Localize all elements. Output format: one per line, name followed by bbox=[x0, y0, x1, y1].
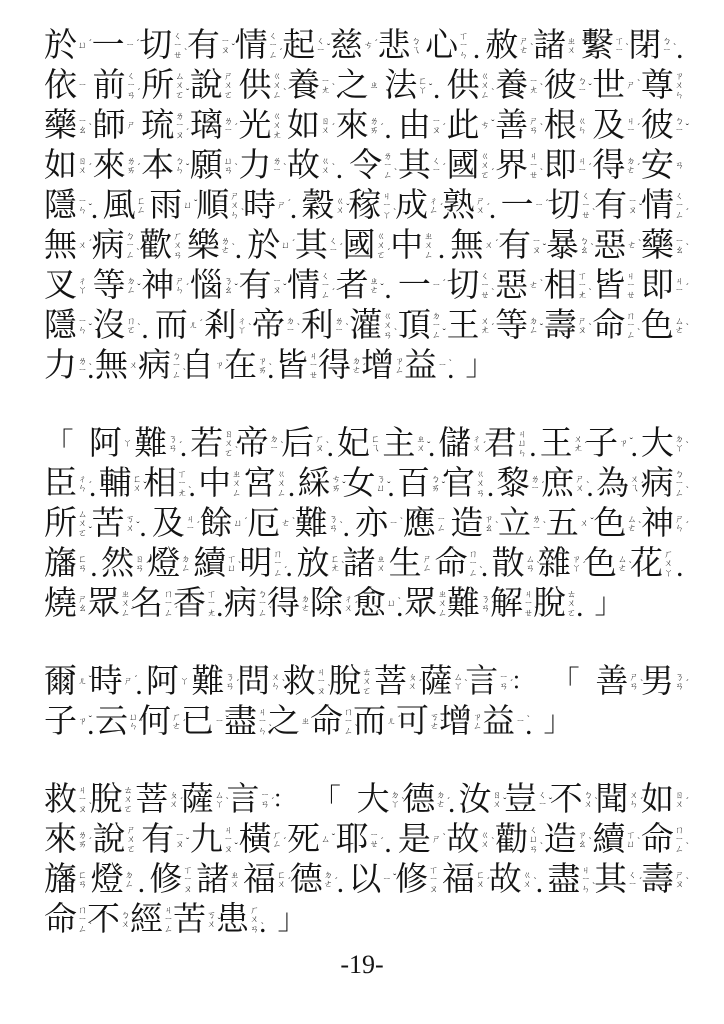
hanzi: 續 bbox=[592, 820, 625, 860]
hanzi: 明 bbox=[239, 544, 272, 584]
hanzi: 穀 bbox=[302, 186, 335, 226]
zhuyin-annotation: ㄙㄜˋ bbox=[675, 317, 684, 336]
zhuyin-letter: ㄥ bbox=[321, 291, 330, 300]
tone-mark: ˋ bbox=[89, 124, 92, 134]
ruby-char: 命ㄇㄧㄥˋ bbox=[44, 900, 87, 940]
zhuyin-letter: ㄥ bbox=[164, 925, 173, 934]
punctuation: 「 bbox=[44, 424, 74, 464]
zhuyin-letter: ㄥ bbox=[344, 727, 353, 736]
tone-mark: ˊ bbox=[419, 680, 422, 690]
zhuyin-letter: ㄧ bbox=[531, 484, 540, 493]
tone-mark: ˋ bbox=[283, 89, 286, 99]
zhuyin-letter: ㄩ bbox=[183, 201, 192, 210]
hanzi: 壽 bbox=[544, 306, 577, 346]
tone-mark: ˋ bbox=[283, 164, 286, 174]
zhuyin-letter: ㄡ bbox=[175, 840, 184, 849]
zhuyin-letter: ㄛ bbox=[480, 171, 489, 180]
zhuyin-letter: ㄛ bbox=[127, 845, 136, 854]
hanzi: 男 bbox=[641, 662, 674, 702]
zhuyin-annotation: ㄧㄡˇ bbox=[175, 831, 184, 850]
zhuyin-annotation: ㄐㄧㄥ bbox=[164, 906, 173, 934]
hanzi: 得 bbox=[267, 584, 300, 624]
zhuyin-letter: ㄣ bbox=[518, 449, 527, 458]
text-line: 叉ㄔㄚ等ㄉㄥˇ神ㄕㄣˊ惱ㄋㄠˇ有ㄧㄡˇ情ㄑㄧㄥˊ者ㄓㄜˇ.一ㄧˊ切ㄑㄧㄝˋ惡ㄜˋ… bbox=[44, 266, 684, 306]
zhuyin-letter: ㄗ bbox=[619, 439, 628, 448]
zhuyin-letter: ㄜ bbox=[675, 326, 684, 335]
zhuyin-letter: ㄡ bbox=[317, 687, 326, 696]
tone-mark: ˋ bbox=[89, 364, 92, 374]
zhuyin-letter: ㄓ bbox=[301, 717, 310, 726]
zhuyin-annotation: ㄦˊ bbox=[387, 717, 396, 726]
hanzi: 有 bbox=[187, 26, 220, 66]
zhuyin-annotation: ㄑㄧˇ bbox=[538, 791, 547, 810]
hanzi: 眾 bbox=[87, 584, 120, 624]
tone-mark: ˊ bbox=[495, 240, 498, 250]
tone-mark: ˇ bbox=[639, 204, 642, 214]
hanzi: 病 bbox=[224, 584, 257, 624]
zhuyin-letter: ㄨ bbox=[336, 206, 345, 215]
hanzi: 於 bbox=[44, 26, 77, 66]
zhuyin-letter: ㄡ bbox=[224, 845, 233, 854]
tone-mark: ˊ bbox=[637, 164, 640, 174]
zhuyin-letter: ㄨ bbox=[230, 880, 239, 889]
tone-mark: ˇ bbox=[186, 89, 189, 99]
zhuyin-annotation: ㄔㄨˊ bbox=[472, 435, 481, 454]
ruby-char: 以ㄧˇ bbox=[348, 860, 391, 900]
hanzi: 眾 bbox=[404, 584, 437, 624]
zhuyin-letter: ㄡ bbox=[432, 126, 441, 135]
hanzi: 灌 bbox=[349, 306, 382, 346]
zhuyin-letter: ㄥ bbox=[424, 251, 433, 260]
ruby-char: 眾ㄓㄨㄥˋ bbox=[404, 584, 447, 624]
zhuyin-letter: ㄠ bbox=[224, 286, 233, 295]
zhuyin-annotation: ㄕˋ bbox=[626, 81, 635, 90]
zhuyin-annotation: ㄙㄚˋ bbox=[215, 791, 224, 810]
ruby-char: 益ㄧˋ bbox=[482, 702, 525, 742]
hanzi: 稼 bbox=[348, 186, 381, 226]
punctuation: . bbox=[676, 32, 684, 66]
text-line: 臣ㄔㄣˊ.輔ㄈㄨˇ相ㄒㄧㄤˋ.中ㄓㄨㄥ宮ㄍㄨㄥ.綵ㄘㄞˇ女ㄋㄩˇ.百ㄅㄞˇ官ㄍㄨ… bbox=[44, 464, 684, 504]
zhuyin-annotation: ㄋㄢˊ bbox=[168, 435, 177, 454]
ruby-char: 大ㄉㄚˋ bbox=[357, 780, 400, 820]
tone-mark: ˇ bbox=[503, 798, 506, 808]
ruby-char: 無ㄨˊ bbox=[44, 226, 87, 266]
punctuation: . bbox=[216, 590, 224, 624]
tone-mark: ˊ bbox=[639, 878, 642, 888]
zhuyin-letter: ㄝ bbox=[529, 171, 538, 180]
zhuyin-annotation: ㄧㄣˇ bbox=[78, 317, 87, 336]
hanzi: 燈 bbox=[91, 860, 124, 900]
hanzi: 安 bbox=[641, 146, 674, 186]
ruby-char: 妃ㄈㄟ bbox=[337, 424, 380, 464]
ruby-char: 旛ㄈㄢ bbox=[44, 860, 87, 900]
zhuyin-letter: ㄛ bbox=[175, 91, 184, 100]
ruby-char: 亦ㄧˋ bbox=[355, 504, 398, 544]
hanzi: 養 bbox=[287, 66, 320, 106]
punctuation: 」 bbox=[465, 346, 495, 386]
zhuyin-annotation: ㄍㄨㄥˋ bbox=[480, 72, 489, 100]
zhuyin-letter: ㄢ bbox=[476, 489, 485, 498]
zhuyin-annotation: ㄕㄨㄛ bbox=[224, 72, 233, 100]
tone-mark: ˊ bbox=[146, 562, 149, 572]
hanzi: 國 bbox=[446, 146, 479, 186]
hanzi: 歡 bbox=[139, 226, 172, 266]
ruby-char: 菩ㄆㄨˊ bbox=[135, 780, 178, 820]
tone-mark: ˇ bbox=[543, 244, 546, 254]
tone-mark: ˇ bbox=[342, 482, 345, 492]
zhuyin-letter: ㄙ bbox=[321, 835, 330, 844]
ruby-char: 脫ㄊㄨㄛ bbox=[328, 662, 371, 702]
ruby-char: 自ㄗˋ bbox=[181, 346, 224, 386]
ruby-char: 益ㄧˋ bbox=[404, 346, 447, 386]
ruby-char: 等ㄉㄥˇ bbox=[93, 266, 136, 306]
zhuyin-annotation: ㄍㄨㄛˊ bbox=[376, 232, 385, 260]
zhuyin-annotation: ㄇㄧㄥˊ bbox=[273, 550, 282, 578]
zhuyin-annotation: ㄩㄢˋ bbox=[224, 157, 233, 176]
zhuyin-annotation: ㄐㄧˊ bbox=[186, 515, 195, 534]
hanzi: 中 bbox=[198, 464, 231, 504]
tone-mark: ˇ bbox=[226, 716, 229, 726]
zhuyin-annotation: ㄧㄡˇ bbox=[272, 277, 281, 296]
tone-mark: ˋ bbox=[638, 240, 641, 250]
hanzi: 旛 bbox=[44, 544, 77, 584]
zhuyin-annotation: ㄌㄞˊ bbox=[127, 157, 136, 176]
zhuyin-annotation: ㄓㄨˇ bbox=[416, 435, 425, 454]
hanzi: 起 bbox=[282, 26, 315, 66]
hanzi: 國 bbox=[342, 226, 375, 266]
ruby-char: 難ㄋㄢˊ bbox=[192, 662, 235, 702]
zhuyin-annotation: ㄩˋ bbox=[387, 599, 396, 608]
tone-mark: ˊ bbox=[483, 442, 486, 452]
ruby-char: 豈ㄑㄧˇ bbox=[504, 780, 547, 820]
ruby-char: 苦ㄎㄨˇ bbox=[173, 900, 216, 940]
punctuation: . bbox=[141, 312, 149, 346]
zhuyin-letter: ㄨ bbox=[121, 920, 130, 929]
zhuyin-annotation: ㄊㄨㄛ bbox=[567, 590, 576, 618]
ruby-char: 命ㄇㄧㄥˋ bbox=[310, 702, 353, 742]
zhuyin-letter: ㄦ bbox=[387, 717, 396, 726]
zhuyin-annotation: ㄧㄤˋ bbox=[529, 77, 538, 96]
zhuyin-letter: ㄧ bbox=[675, 126, 684, 135]
tone-mark: ˋ bbox=[449, 607, 452, 617]
tone-mark: ˇ bbox=[186, 838, 189, 848]
ruby-char: 增ㄗㄥ bbox=[361, 346, 404, 386]
zhuyin-annotation: ㄧㄡˇ bbox=[532, 237, 541, 256]
zhuyin-letter: ㄧ bbox=[186, 524, 195, 533]
zhuyin-annotation: ㄊㄨㄛ bbox=[362, 668, 371, 696]
zhuyin-annotation: ㄏㄡˋ bbox=[315, 435, 324, 454]
zhuyin-annotation: ㄓ bbox=[301, 717, 310, 726]
tone-mark: ˇ bbox=[346, 204, 349, 214]
zhuyin-letter: ㄕ bbox=[277, 201, 286, 210]
zhuyin-annotation: ㄕㄠ bbox=[78, 595, 87, 614]
ruby-char: 由ㄧㄡˊ bbox=[398, 106, 441, 146]
tone-mark: ˊ bbox=[443, 280, 446, 290]
zhuyin-annotation: ㄈㄨˇ bbox=[133, 475, 142, 494]
tone-mark: ˊ bbox=[637, 124, 640, 134]
zhuyin-annotation: ㄐㄧㄣˋ bbox=[258, 708, 267, 736]
ruby-char: 樂ㄌㄜˋ bbox=[187, 226, 230, 266]
hanzi: 有 bbox=[238, 266, 271, 306]
tone-mark: ˋ bbox=[282, 680, 285, 690]
zhuyin-letter: ㄣ bbox=[629, 800, 638, 809]
hanzi: 皆 bbox=[275, 346, 308, 386]
zhuyin-letter: ㄓ bbox=[370, 81, 379, 90]
tone-mark: ˊ bbox=[541, 482, 544, 492]
hanzi: 無 bbox=[450, 226, 483, 266]
ruby-char: 盡ㄐㄧㄣˋ bbox=[224, 702, 267, 742]
hanzi: 沒 bbox=[93, 306, 126, 346]
zhuyin-annotation: ㄑㄧㄝˋ bbox=[480, 272, 489, 300]
ruby-char: 不ㄅㄨˋ bbox=[550, 780, 593, 820]
zhuyin-annotation: ㄐㄧㄣˋ bbox=[581, 866, 590, 894]
zhuyin-letter: ㄨ bbox=[493, 800, 502, 809]
zhuyin-letter: ㄧ bbox=[535, 201, 544, 210]
ruby-char: 主ㄓㄨˇ bbox=[382, 424, 425, 464]
zhuyin-annotation: ㄧㄢˊ bbox=[261, 791, 270, 810]
hanzi: 說 bbox=[190, 66, 223, 106]
tone-mark: ˋ bbox=[491, 89, 494, 99]
zhuyin-annotation: ㄒㄧㄤ bbox=[207, 590, 216, 618]
ruby-char: 脫ㄊㄨㄛ bbox=[533, 584, 576, 624]
zhuyin-annotation: ㄩㄣˊ bbox=[129, 713, 138, 732]
zhuyin-letter: ㄚ bbox=[572, 564, 581, 573]
zhuyin-letter: ㄧ bbox=[389, 519, 398, 528]
zhuyin-annotation: ㄙㄨㄛˇ bbox=[175, 72, 184, 100]
hanzi: 福 bbox=[442, 860, 475, 900]
tone-mark: ˋ bbox=[543, 522, 546, 532]
zhuyin-letter: ㄘ bbox=[480, 121, 489, 130]
text-line: 於ㄩˊ一ㄧˊ切ㄑㄧㄝˋ有ㄧㄡˇ情ㄑㄧㄥˊ起ㄑㄧˇ慈ㄘˊ悲ㄅㄟ心ㄒㄧㄣ.赦ㄕㄜˋ諸… bbox=[44, 26, 684, 66]
ruby-char: 爾ㄦˇ bbox=[44, 662, 87, 702]
zhuyin-letter: ㄣ bbox=[230, 211, 239, 220]
ruby-char: 德ㄉㄜˊ bbox=[402, 780, 445, 820]
ruby-char: 歡ㄏㄨㄢ bbox=[139, 226, 182, 266]
ruby-char: 供ㄍㄨㄥˋ bbox=[446, 66, 489, 106]
ruby-char: 造ㄗㄠˋ bbox=[544, 820, 587, 860]
zhuyin-letter: ㄥ bbox=[121, 609, 130, 618]
ruby-char: 有ㄧㄡˇ bbox=[594, 186, 637, 226]
zhuyin-annotation: ㄑㄧˇ bbox=[316, 37, 325, 56]
zhuyin-letter: ㄢ bbox=[526, 564, 535, 573]
hanzi: 爾 bbox=[44, 662, 77, 702]
ruby-char: 后ㄏㄡˋ bbox=[281, 424, 324, 464]
hanzi: 隱 bbox=[44, 186, 77, 226]
zhuyin-letter: ㄡ bbox=[175, 131, 184, 140]
zhuyin-annotation: ㄙㄚˋ bbox=[454, 673, 463, 692]
ruby-char: 情ㄑㄧㄥˊ bbox=[287, 266, 330, 306]
hanzi: 薩 bbox=[420, 662, 453, 702]
hanzi: 供 bbox=[446, 66, 479, 106]
hanzi: 不 bbox=[550, 780, 583, 820]
ruby-char: 除ㄔㄨˊ bbox=[310, 584, 353, 624]
zhuyin-letter: ㄚ bbox=[215, 800, 224, 809]
ruby-char: 切ㄑㄧㄝˋ bbox=[547, 186, 590, 226]
ruby-char: 愈ㄩˋ bbox=[353, 584, 396, 624]
hanzi: 依 bbox=[44, 66, 77, 106]
hanzi: 切 bbox=[547, 186, 580, 226]
zhuyin-letter: ㄡ bbox=[221, 46, 230, 55]
tone-mark: ˊ bbox=[584, 442, 587, 452]
ruby-char: 尊ㄗㄨㄣ bbox=[641, 66, 684, 106]
hanzi: 皆 bbox=[592, 266, 625, 306]
zhuyin-letter: ㄥ bbox=[395, 366, 404, 375]
tone-mark: ˊ bbox=[89, 838, 92, 848]
tone-mark: ˋ bbox=[241, 209, 244, 219]
ruby-char: 薩ㄙㄚˋ bbox=[181, 780, 224, 820]
tone-mark: ˋ bbox=[479, 567, 482, 577]
zhuyin-letter: ㄛ bbox=[224, 91, 233, 100]
zhuyin-annotation: ㄅㄧㄥˋ bbox=[675, 470, 684, 498]
zhuyin-annotation: ㄕˊ bbox=[124, 677, 133, 686]
tone-mark: ˊ bbox=[375, 40, 378, 50]
hanzi: 相 bbox=[544, 266, 577, 306]
zhuyin-annotation: ㄕㄣˊ bbox=[675, 515, 684, 534]
zhuyin-annotation: ㄉㄧˋ bbox=[270, 435, 279, 454]
zhuyin-annotation: ㄏㄨㄚ bbox=[664, 550, 673, 578]
ruby-char: 薩ㄙㄚˋ bbox=[420, 662, 463, 702]
zhuyin-letter: ㄛ bbox=[362, 687, 371, 696]
ruby-char: 耶ㄧㄝˊ bbox=[336, 820, 379, 860]
zhuyin-annotation: ㄕㄣˊ bbox=[175, 277, 184, 296]
tone-mark: ˋ bbox=[248, 324, 251, 334]
hanzi: 立 bbox=[498, 504, 531, 544]
zhuyin-annotation: ㄇㄧㄥˋ bbox=[675, 826, 684, 854]
hanzi: 而 bbox=[353, 702, 386, 742]
hanzi: 之 bbox=[267, 702, 300, 742]
zhuyin-letter: ㄥ bbox=[675, 845, 684, 854]
zhuyin-letter: ㄩ bbox=[387, 599, 396, 608]
ruby-char: 立ㄌㄧˋ bbox=[498, 504, 541, 544]
tone-mark: ˊ bbox=[283, 838, 286, 848]
zhuyin-annotation: ㄅㄟ bbox=[411, 37, 420, 56]
ruby-char: 說ㄕㄨㄛ bbox=[190, 66, 233, 106]
ruby-char: 藥ㄧㄠˋ bbox=[44, 106, 87, 146]
zhuyin-letter: ㄞ bbox=[370, 126, 379, 135]
punctuation: . bbox=[139, 510, 147, 544]
zhuyin-annotation: ㄈㄟ bbox=[371, 435, 380, 454]
tone-mark: ˋ bbox=[398, 598, 401, 608]
ruby-char: 無ㄨˊ bbox=[450, 226, 493, 266]
zhuyin-annotation: ㄙˇ bbox=[321, 835, 330, 844]
zhuyin-letter: ㄜ bbox=[352, 366, 361, 375]
ruby-char: 德ㄉㄜˊ bbox=[290, 860, 333, 900]
zhuyin-letter: ㄩ bbox=[281, 241, 290, 250]
zhuyin-annotation: ㄅㄧㄥˋ bbox=[172, 352, 181, 380]
hanzi: 造 bbox=[544, 820, 577, 860]
tone-mark: ˋ bbox=[394, 329, 397, 339]
ruby-char: 相ㄒㄧㄤˋ bbox=[544, 266, 587, 306]
zhuyin-annotation: ㄐㄧㄝˇ bbox=[524, 590, 533, 618]
hanzi: 是 bbox=[398, 820, 431, 860]
ruby-char: 師ㄕ bbox=[93, 106, 136, 146]
zhuyin-letter: ㄢ bbox=[481, 604, 490, 613]
zhuyin-letter: ㄥ bbox=[432, 331, 441, 340]
zhuyin-annotation: ㄅㄣˇ bbox=[175, 157, 184, 176]
tone-mark: ˇ bbox=[136, 522, 139, 532]
zhuyin-annotation: ㄌㄧˋ bbox=[532, 515, 541, 534]
zhuyin-annotation: ㄐㄧㄝ bbox=[309, 352, 318, 380]
ruby-char: 聞ㄨㄣˊ bbox=[595, 780, 638, 820]
ruby-char: 修ㄒㄧㄡ bbox=[149, 860, 192, 900]
zhuyin-letter: ㄥ bbox=[232, 489, 241, 498]
zhuyin-annotation: ㄢ bbox=[675, 161, 684, 170]
tone-mark: ˋ bbox=[533, 878, 536, 888]
zhuyin-letter: ㄨ bbox=[129, 361, 138, 370]
ruby-char: 成ㄔㄥˊ bbox=[395, 186, 438, 226]
hanzi: 順 bbox=[196, 186, 229, 226]
zhuyin-letter: ㄥ bbox=[675, 489, 684, 498]
zhuyin-letter: ㄤ bbox=[480, 326, 489, 335]
zhuyin-letter: ㄧ bbox=[286, 326, 295, 335]
tone-mark: ˋ bbox=[400, 518, 403, 528]
ruby-char: 即ㄐㄧˊ bbox=[641, 266, 684, 306]
zhuyin-annotation: ㄓㄨㄥ bbox=[232, 470, 241, 498]
hanzi: 暴 bbox=[546, 226, 579, 266]
ruby-char: 救ㄐㄧㄡˋ bbox=[44, 780, 87, 820]
zhuyin-letter: ㄩ bbox=[227, 564, 236, 573]
hanzi: 子 bbox=[585, 424, 618, 464]
ruby-char: 壽ㄕㄡˋ bbox=[544, 306, 587, 346]
zhuyin-annotation: ㄍㄨㄥ bbox=[277, 470, 286, 498]
hanzi: 如 bbox=[287, 106, 320, 146]
punctuation: 」 bbox=[543, 702, 573, 742]
ruby-char: 此ㄘˇ bbox=[446, 106, 489, 146]
zhuyin-annotation: ㄌㄧˊ bbox=[531, 475, 540, 494]
tone-mark: ˇ bbox=[427, 442, 430, 452]
ruby-char: 盡ㄐㄧㄣˋ bbox=[547, 860, 590, 900]
zhuyin-annotation: ㄍㄨˇ bbox=[336, 197, 345, 216]
zhuyin-annotation: ㄨㄤˊ bbox=[480, 317, 489, 336]
text-line: 如ㄖㄨˊ來ㄌㄞˊ本ㄅㄣˇ願ㄩㄢˋ力ㄌㄧˋ故ㄍㄨˋ.令ㄌㄧㄥˋ其ㄑㄧˊ國ㄍㄨㄛˊ界… bbox=[44, 146, 684, 186]
tone-mark: ˇ bbox=[327, 44, 330, 54]
hanzi: 成 bbox=[395, 186, 428, 226]
zhuyin-letter: ㄝ bbox=[173, 51, 182, 60]
hanzi: 雨 bbox=[149, 186, 182, 226]
tone-mark: ˇ bbox=[686, 124, 689, 134]
hanzi: 造 bbox=[450, 504, 483, 544]
ruby-char: 難ㄋㄢˋ bbox=[447, 584, 490, 624]
zhuyin-letter: ㄛ bbox=[127, 326, 136, 335]
zhuyin-letter: ㄕ bbox=[626, 81, 635, 90]
ruby-char: 惱ㄋㄠˇ bbox=[190, 266, 233, 306]
ruby-char: 續ㄒㄩˋ bbox=[592, 820, 635, 860]
tone-mark: ˋ bbox=[637, 838, 640, 848]
ruby-char: 繫ㄒㄧˋ bbox=[581, 26, 624, 66]
hanzi: 中 bbox=[390, 226, 423, 266]
hanzi: 阿 bbox=[89, 424, 122, 464]
zhuyin-letter: ㄝ bbox=[370, 840, 379, 849]
hanzi: 死 bbox=[287, 820, 320, 860]
hanzi: 輔 bbox=[99, 464, 132, 504]
ruby-char: 國ㄍㄨㄛˊ bbox=[446, 146, 489, 186]
zhuyin-letter: ㄢ bbox=[224, 166, 233, 175]
tone-mark: ˇ bbox=[630, 438, 633, 448]
zhuyin-annotation: ㄜˋ bbox=[529, 281, 538, 290]
hanzi: 然 bbox=[101, 544, 134, 584]
punctuation: . bbox=[138, 866, 146, 900]
zhuyin-annotation: ㄖㄨˇ bbox=[493, 791, 502, 810]
hanzi: 如 bbox=[44, 146, 77, 186]
zhuyin-letter: ㄚ bbox=[382, 211, 391, 220]
tone-mark: ˊ bbox=[292, 240, 295, 250]
zhuyin-annotation: ㄧˊ bbox=[126, 41, 135, 50]
ruby-char: 女ㄋㄩˇ bbox=[342, 464, 385, 504]
ruby-char: 其ㄑㄧˊ bbox=[594, 860, 637, 900]
zhuyin-letter: ㄚ bbox=[664, 569, 673, 578]
zhuyin-letter: ㄧ bbox=[578, 166, 587, 175]
hanzi: 主 bbox=[382, 424, 415, 464]
